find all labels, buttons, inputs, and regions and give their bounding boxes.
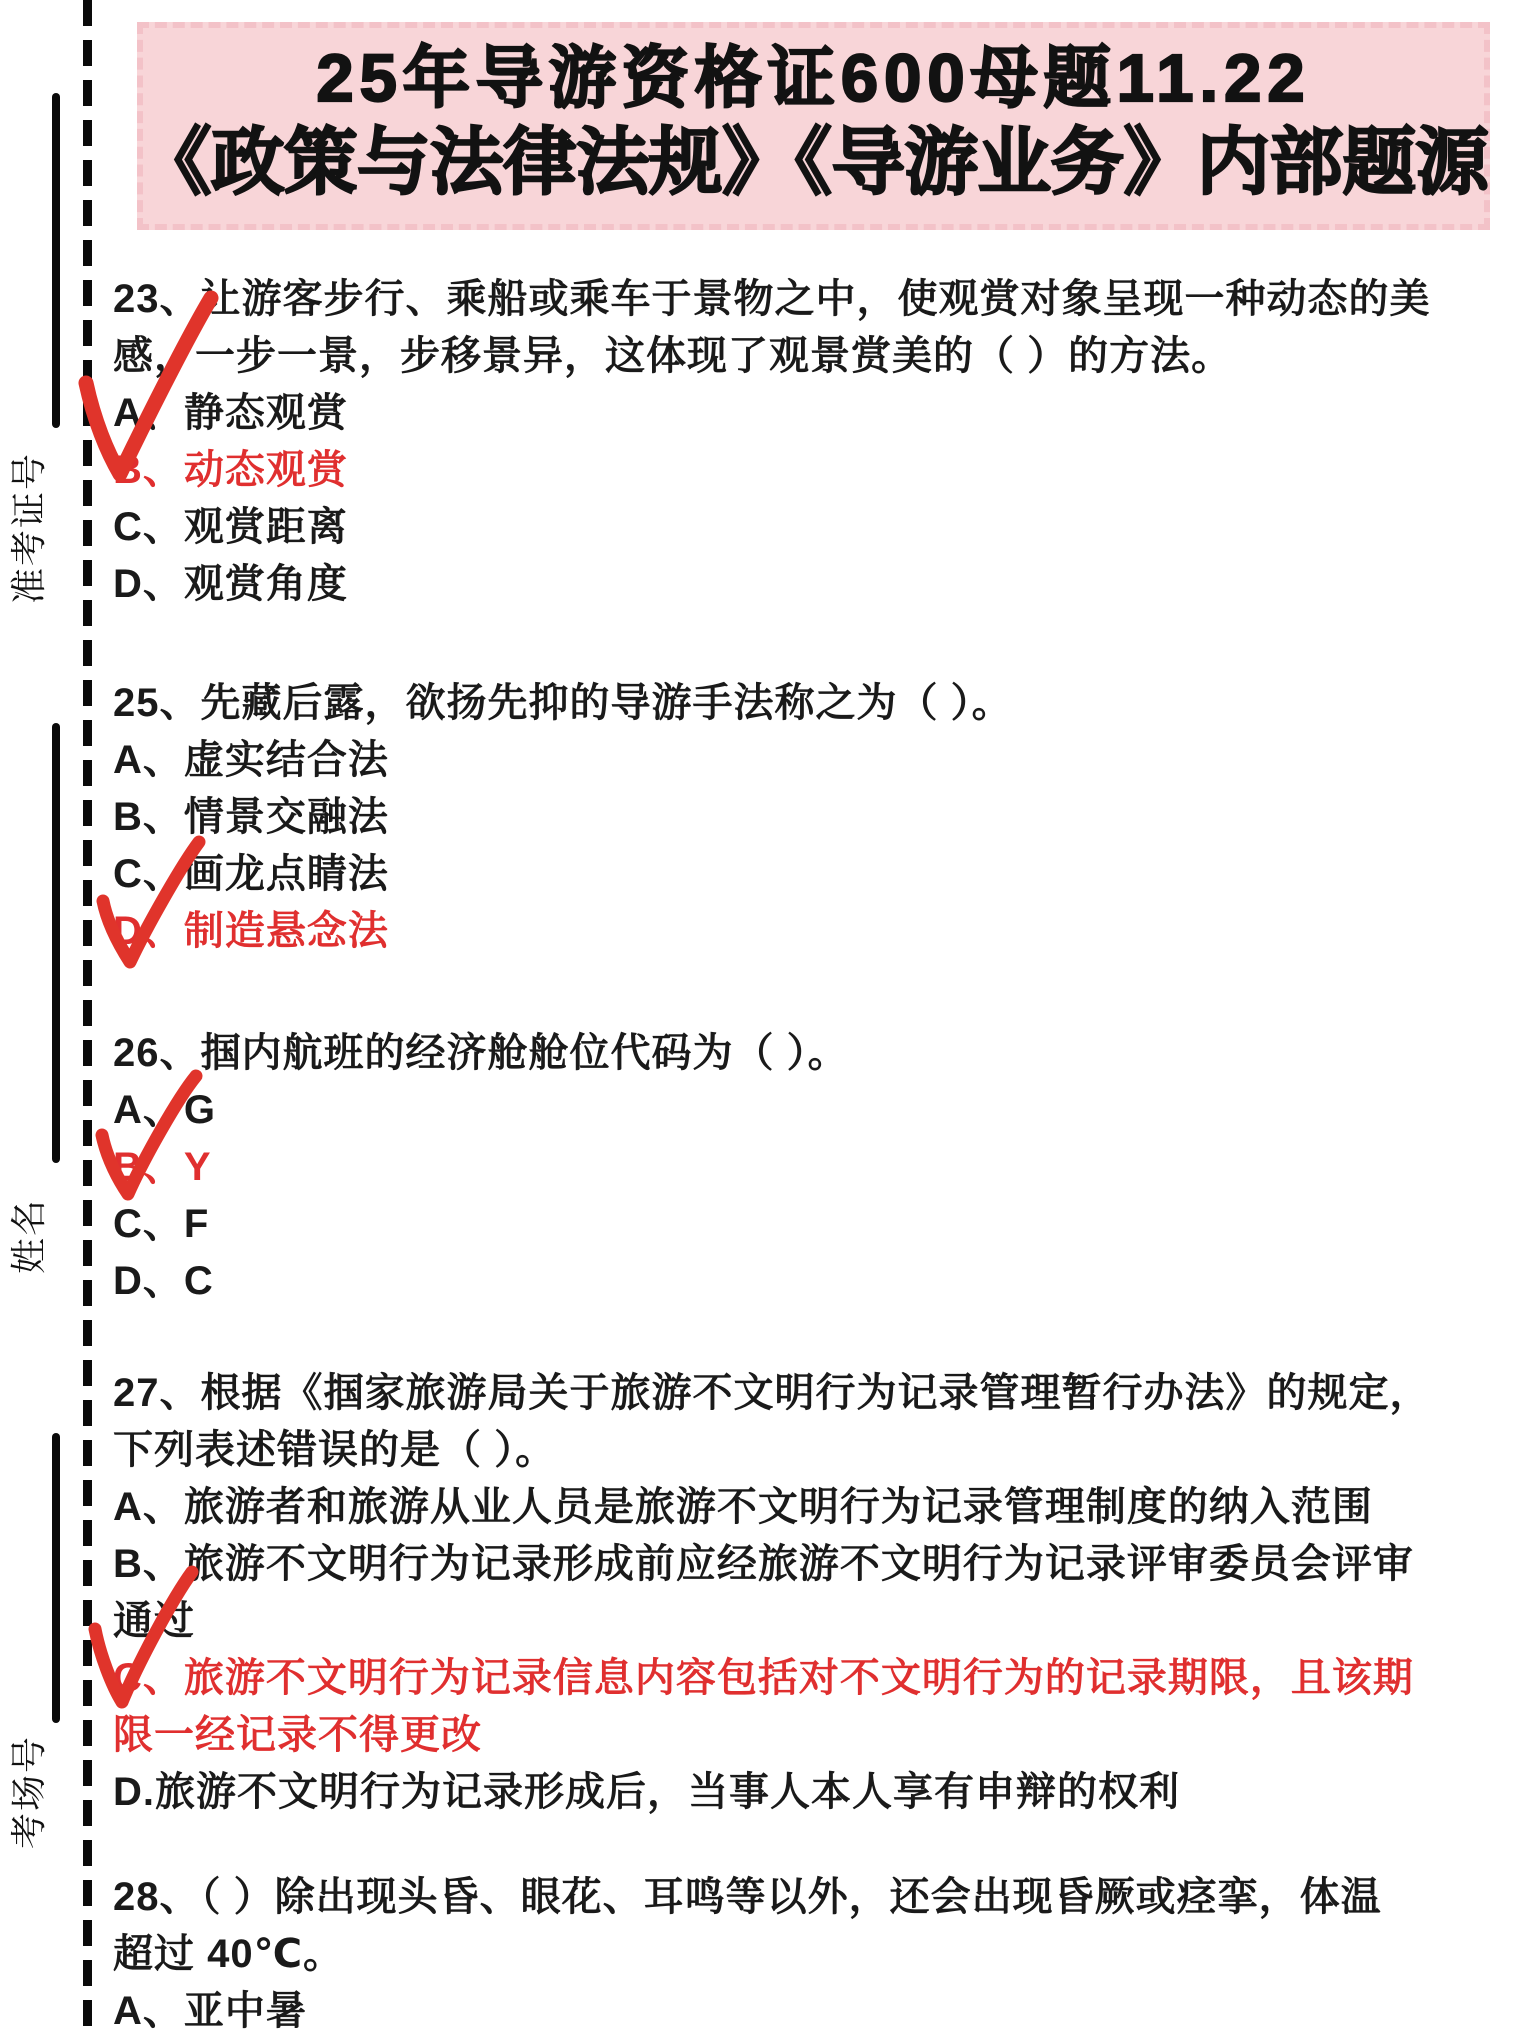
name-blank-line (52, 723, 60, 1163)
title-line-2: 《政策与法律法规》《导游业务》内部题源 (138, 120, 1489, 206)
question-26: 26、掴内航班的经济舱舱位代码为（ ）。 A、G B、Y C、F D、C (113, 1025, 1513, 1310)
q23-option-a: A、静态观赏 (113, 385, 1513, 442)
q23-option-c: C、观赏距离 (113, 499, 1513, 556)
q27-option-c-answer-line-1: C、旅游不文明行为记录信息内容包括对不文明行为的记录期限，且该期 (113, 1650, 1513, 1707)
question-25: 25、先藏后露，欲扬先抑的导游手法称之为（ ）。 A、虚实结合法 B、情景交融法… (113, 675, 1513, 960)
question-28: 28、（ ）除出现头昏、眼花、耳鸣等以外，还会出现昏厥或痉挛，体温 超过 40℃… (113, 1869, 1513, 2032)
q25-option-a: A、虚实结合法 (113, 732, 1513, 789)
q26-option-c: C、F (113, 1196, 1513, 1253)
q27-text-line-1: 27、根据《掴家旅游局关于旅游不文明行为记录管理暂行办法》的规定， (113, 1365, 1513, 1422)
label-exam-room-number: 考场号 (7, 1727, 51, 1857)
q25-option-c: C、画龙点睛法 (113, 846, 1513, 903)
q25-option-b: B、情景交融法 (113, 789, 1513, 846)
q28-option-a: A、亚中暑 (113, 1983, 1513, 2032)
question-list: 23、让游客步行、乘船或乘车于景物之中，使观赏对象呈现一种动态的美 感，一步一景… (113, 271, 1513, 2032)
q27-option-a: A、旅游者和旅游从业人员是旅游不文明行为记录管理制度的纳入范围 (113, 1479, 1513, 1536)
q23-text-line-1: 23、让游客步行、乘船或乘车于景物之中，使观赏对象呈现一种动态的美 (113, 271, 1513, 328)
q23-option-b-answer: B、动态观赏 (113, 442, 1513, 499)
title-banner: 25年导游资格证600母题11.22 《政策与法律法规》《导游业务》内部题源 (137, 22, 1490, 230)
title-line-1: 25年导游资格证600母题11.22 (316, 42, 1310, 116)
q27-option-d: D.旅游不文明行为记录形成后，当事人本人享有申辩的权利 (113, 1764, 1513, 1821)
question-27: 27、根据《掴家旅游局关于旅游不文明行为记录管理暂行办法》的规定， 下列表述错误… (113, 1365, 1513, 1821)
q23-option-d: D、观赏角度 (113, 556, 1513, 613)
q27-text-line-2: 下列表述错误的是（ ）。 (113, 1422, 1513, 1479)
q27-option-b-line-1: B、旅游不文明行为记录形成前应经旅游不文明行为记录评审委员会评审 (113, 1536, 1513, 1593)
ticket-number-blank-line (52, 93, 60, 428)
q28-text-line-1: 28、（ ）除出现头昏、眼花、耳鸣等以外，还会出现昏厥或痉挛，体温 (113, 1869, 1513, 1926)
q23-text-line-2: 感，一步一景，步移景异，这体现了观景赏美的（ ）的方法。 (113, 328, 1513, 385)
label-exam-ticket-number: 准考证号 (7, 438, 51, 618)
exam-sheet-page: 准考证号 姓名 考场号 25年导游资格证600母题11.22 《政策与法律法规》… (0, 0, 1536, 2032)
q26-option-b-answer: B、Y (113, 1139, 1513, 1196)
q28-text-line-2: 超过 40℃。 (113, 1926, 1513, 1983)
q26-option-a: A、G (113, 1082, 1513, 1139)
q25-option-d-answer: D、制造悬念法 (113, 903, 1513, 960)
room-number-blank-line (52, 1433, 60, 1723)
label-name: 姓名 (7, 1186, 51, 1286)
q26-text-line-1: 26、掴内航班的经济舱舱位代码为（ ）。 (113, 1025, 1513, 1082)
q25-text-line-1: 25、先藏后露，欲扬先抑的导游手法称之为（ ）。 (113, 675, 1513, 732)
q27-option-b-line-2: 通过 (113, 1593, 1513, 1650)
question-23: 23、让游客步行、乘船或乘车于景物之中，使观赏对象呈现一种动态的美 感，一步一景… (113, 271, 1513, 613)
q27-option-c-answer-line-2: 限一经记录不得更改 (113, 1707, 1513, 1764)
q26-option-d: D、C (113, 1253, 1513, 1310)
perforation-dashed-line (83, 0, 92, 2032)
